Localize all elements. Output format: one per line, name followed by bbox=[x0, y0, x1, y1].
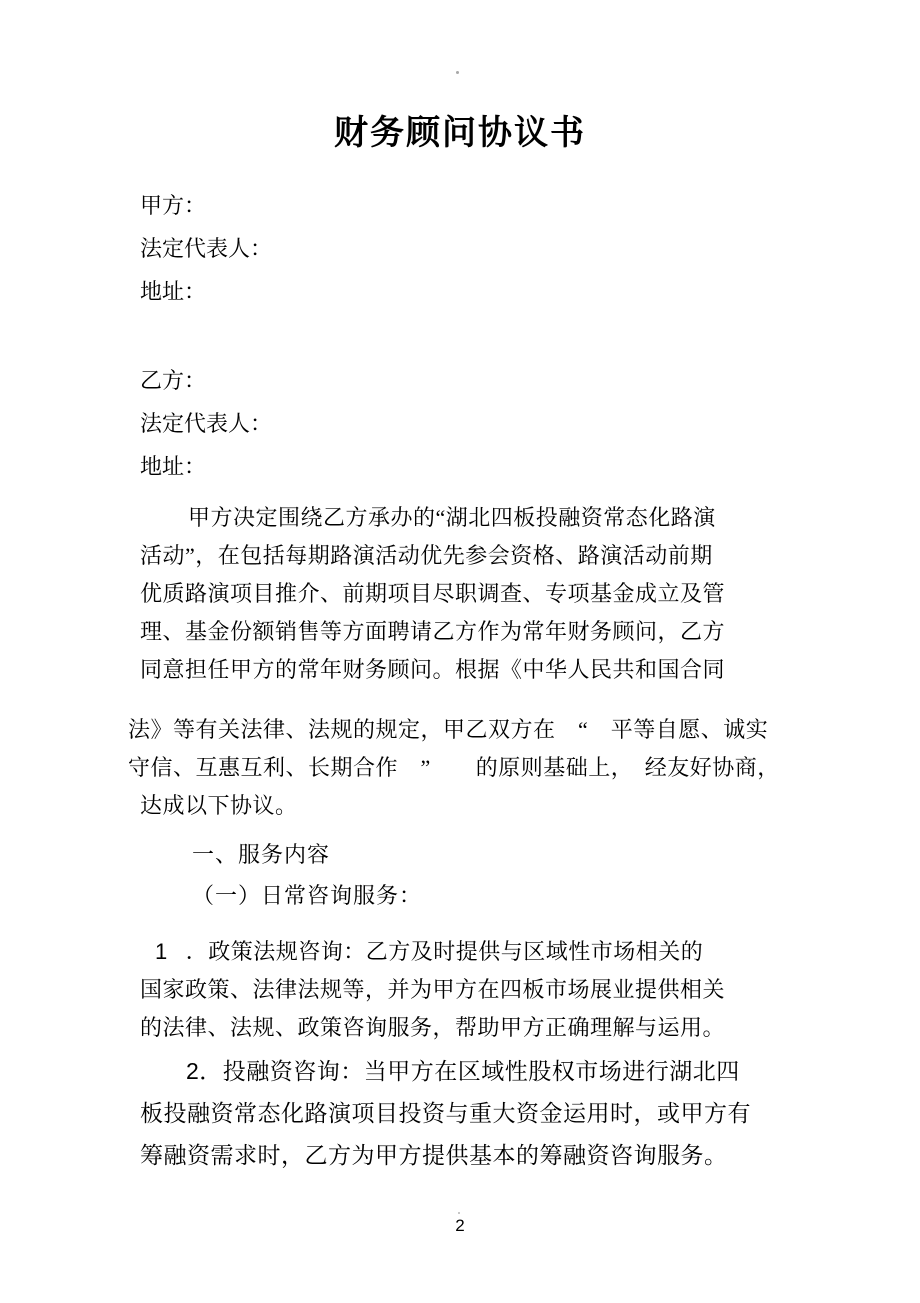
party-b-representative-label: 法定代表人： bbox=[140, 402, 780, 445]
paragraph-line: 同意担任甲方的常年财务顾问。根据《中华人民共和国合同 bbox=[140, 651, 780, 689]
paragraph-line: 达成以下协议。 bbox=[140, 787, 780, 825]
paragraph-line: 筹融资需求时，乙方为甲方提供基本的筹融资咨询服务。 bbox=[140, 1135, 780, 1177]
item-text: 政策法规咨询：乙方及时提供与区域性市场相关的 bbox=[208, 939, 703, 964]
paragraph-line: 甲方决定围绕乙方承办的“湖北四板投融资常态化路演 bbox=[140, 499, 780, 537]
paragraph-line: 优质路演项目推介、前期项目尽职调查、专项基金成立及管 bbox=[140, 575, 780, 613]
list-item-first-line: 1．政策法规咨询：乙方及时提供与区域性市场相关的 bbox=[140, 933, 780, 971]
item-text: 投融资咨询：当甲方在区域性股权市场进行湖北四 bbox=[223, 1059, 740, 1084]
paragraph-line: 的法律、法规、政策咨询服务，帮助甲方正确理解与运用。 bbox=[140, 1009, 780, 1047]
document-title: 财务顾问协议书 bbox=[140, 0, 780, 156]
page-content: 财务顾问协议书 甲方： 法定代表人： 地址： 乙方： 法定代表人： 地址： 甲方… bbox=[0, 0, 920, 1236]
stray-mark-top bbox=[456, 71, 459, 74]
page-number: 2 bbox=[140, 1216, 780, 1236]
intro-paragraph-part1: 甲方决定围绕乙方承办的“湖北四板投融资常态化路演 活动”，在包括每期路演活动优先… bbox=[140, 499, 780, 689]
stray-mark-bottom bbox=[458, 1212, 460, 1214]
party-a-representative-label: 法定代表人： bbox=[140, 227, 780, 270]
paragraph-line: 活动”，在包括每期路演活动优先参会资格、路演活动前期 bbox=[140, 537, 780, 575]
list-item-first-line: 2．投融资咨询：当甲方在区域性股权市场进行湖北四 bbox=[140, 1050, 780, 1093]
party-b-label: 乙方： bbox=[140, 359, 780, 402]
paragraph-line: 法》等有关法律、法规的规定，甲乙双方在 “ 平等自愿、诚实 bbox=[128, 711, 780, 749]
party-b-address-label: 地址： bbox=[140, 445, 780, 488]
list-item-1: 1．政策法规咨询：乙方及时提供与区域性市场相关的 国家政策、法律法规等，并为甲方… bbox=[140, 933, 780, 1047]
item-number: 2 bbox=[186, 1058, 199, 1084]
document-page: 财务顾问协议书 甲方： 法定代表人： 地址： 乙方： 法定代表人： 地址： 甲方… bbox=[0, 0, 920, 1303]
item-number: 1 bbox=[155, 939, 168, 964]
party-a-block: 甲方： 法定代表人： 地址： bbox=[140, 184, 780, 313]
paragraph-line: 理、基金份额销售等方面聘请乙方作为常年财务顾问，乙方 bbox=[140, 613, 780, 651]
party-a-label: 甲方： bbox=[140, 184, 780, 227]
paragraph-line: 守信、互惠互利、长期合作 ” 的原则基础上， 经友好协商， bbox=[128, 749, 780, 787]
intro-paragraph-part2: 法》等有关法律、法规的规定，甲乙双方在 “ 平等自愿、诚实 守信、互惠互利、长期… bbox=[140, 711, 780, 825]
subsection-heading: （一）日常咨询服务： bbox=[140, 877, 780, 915]
item-separator: ． bbox=[186, 939, 209, 964]
list-item-2: 2．投融资咨询：当甲方在区域性股权市场进行湖北四 板投融资常态化路演项目投资与重… bbox=[140, 1050, 780, 1177]
party-b-block: 乙方： 法定代表人： 地址： bbox=[140, 359, 780, 488]
section-heading: 一、服务内容 bbox=[140, 836, 780, 874]
item-separator: ． bbox=[199, 1059, 223, 1084]
paragraph-line: 国家政策、法律法规等，并为甲方在四板市场展业提供相关 bbox=[140, 971, 780, 1009]
party-a-address-label: 地址： bbox=[140, 270, 780, 313]
paragraph-line: 板投融资常态化路演项目投资与重大资金运用时，或甲方有 bbox=[140, 1093, 780, 1135]
